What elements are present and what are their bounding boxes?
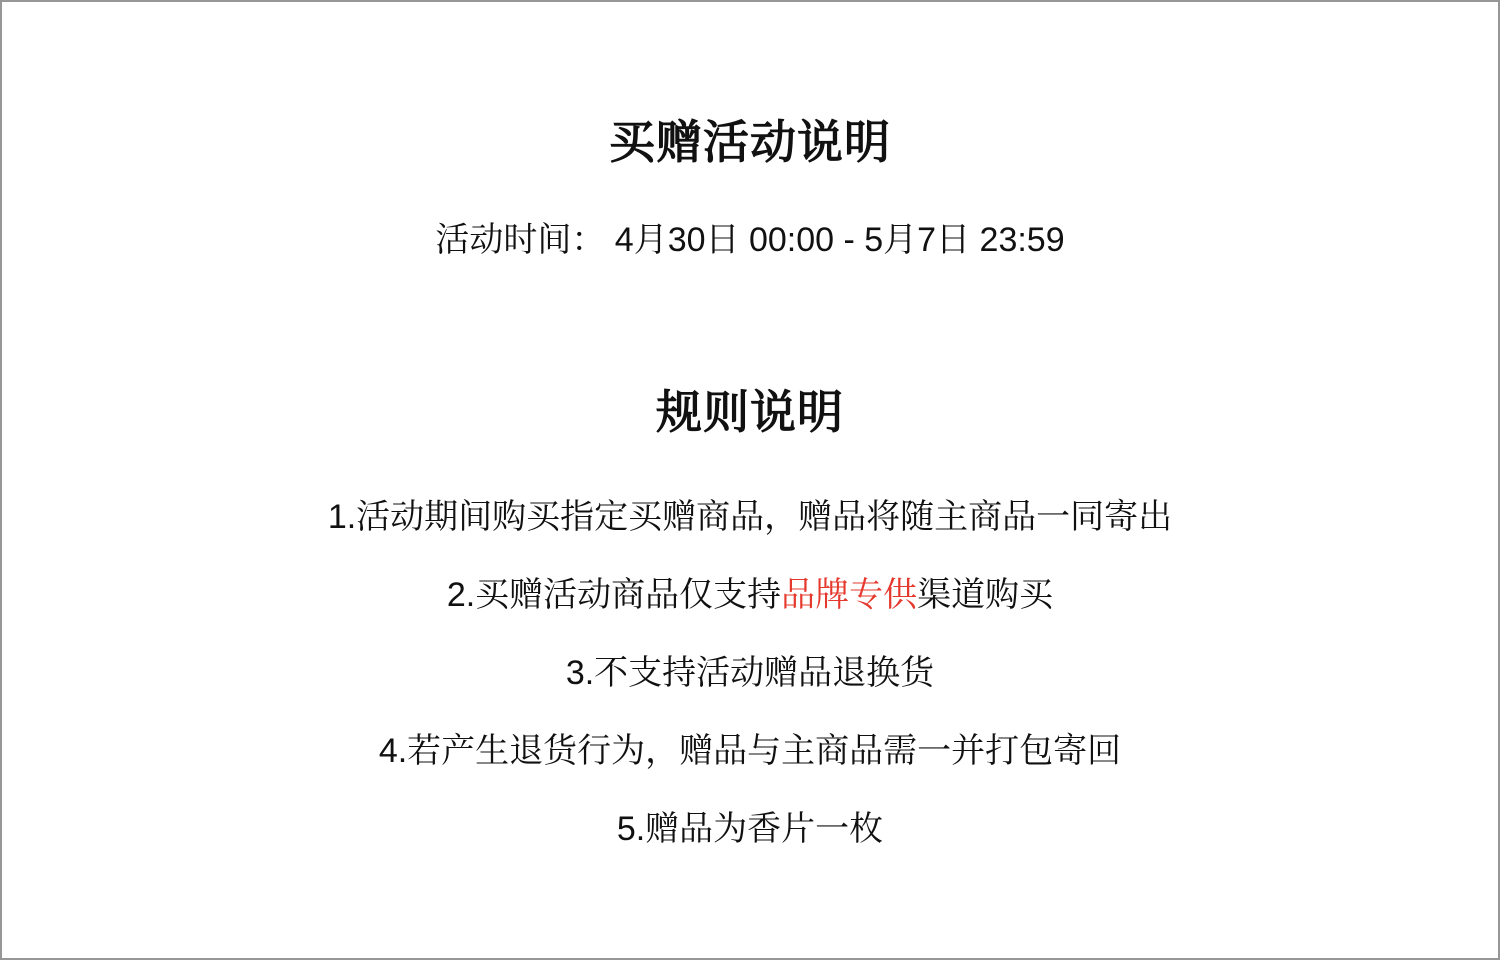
rule-2-text-post: 渠道购买 [917, 576, 1053, 614]
rule-2-highlight-brand-exclusive: 品牌专供 [781, 576, 917, 614]
rule-item-3: 3.不支持活动赠品退换货 [2, 651, 1498, 695]
rules-list: 1.活动期间购买指定买赠商品，赠品将随主商品一同寄出 2.买赠活动商品仅支持品牌… [2, 495, 1498, 851]
rule-item-5: 5.赠品为香片一枚 [2, 807, 1498, 851]
rule-item-2: 2.买赠活动商品仅支持品牌专供渠道购买 [2, 573, 1498, 617]
rule-item-1: 1.活动期间购买指定买赠商品，赠品将随主商品一同寄出 [2, 495, 1498, 539]
activity-time: 活动时间： 4月30日 00:00 - 5月7日 23:59 [2, 218, 1498, 262]
rules-heading: 规则说明 [2, 384, 1498, 440]
page-title: 买赠活动说明 [2, 114, 1498, 170]
rule-2-text-pre: 2.买赠活动商品仅支持 [447, 576, 781, 614]
rule-item-4: 4.若产生退货行为，赠品与主商品需一并打包寄回 [2, 729, 1498, 773]
promo-notice-page: 买赠活动说明 活动时间： 4月30日 00:00 - 5月7日 23:59 规则… [0, 0, 1500, 960]
